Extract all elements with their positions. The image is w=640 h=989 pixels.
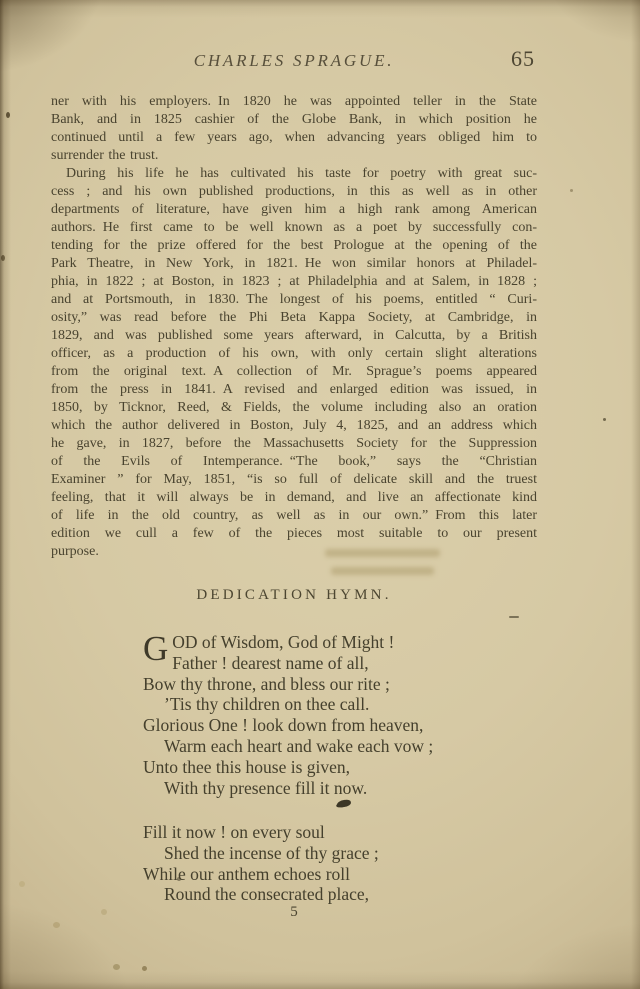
scan-speck	[1, 255, 5, 261]
text-line: 1850, by Ticknor, Reed, & Fields, the vo…	[51, 399, 537, 417]
poem-line: Bow thy throne, and bless our rite ;	[143, 674, 523, 695]
scan-speck	[53, 922, 60, 928]
poem-line: ’Tis thy children on thee call.	[143, 694, 523, 715]
text-line: of the Evils of Intemperance. “The book,…	[51, 453, 537, 471]
body-text: ner with his employers. In 1820 he was a…	[51, 93, 537, 561]
scan-speck	[570, 189, 573, 192]
scan-speck	[101, 909, 107, 915]
text-line: ner with his employers. In 1820 he was a…	[51, 93, 537, 111]
scan-speck	[603, 418, 606, 421]
drop-cap-initial: G	[143, 634, 168, 667]
text-line: he gave, in 1827, before the Massachuset…	[51, 435, 537, 453]
text-line: phia, in 1822 ; at Boston, in 1823 ; at …	[51, 273, 537, 291]
book-page: CHARLES SPRAGUE. 65 ner with his employe…	[0, 0, 640, 989]
show-through-ghost	[331, 567, 434, 575]
poem-line: Round the consecrated place,	[143, 884, 523, 905]
scan-speck	[19, 881, 25, 887]
page-number: 65	[511, 46, 551, 72]
scanned-book-page: { "header": { "title": "CHARLES SPRAGUE.…	[0, 0, 640, 989]
text-line: 1829, and was published some years after…	[51, 327, 537, 345]
paragraph-continuation: ner with his employers. In 1820 he was a…	[51, 93, 537, 165]
scan-dash-artifact	[509, 616, 519, 618]
text-line: officer, as a production of his own, wit…	[51, 345, 537, 363]
poem-line: Unto thee this house is given,	[143, 757, 523, 778]
poem-line: Glorious One ! look down from heaven,	[143, 715, 523, 736]
text-line: cess ; and his own published productions…	[51, 183, 537, 201]
text-line: osity,” was read before the Phi Beta Kap…	[51, 309, 537, 327]
poem-line: Father ! dearest name of all,	[143, 653, 523, 674]
poem-line: Fill it now ! on every soul	[143, 822, 523, 843]
scan-speck	[177, 877, 181, 881]
hymn-title: DEDICATION HYMN.	[51, 587, 537, 604]
text-line: departments of literature, have given hi…	[51, 201, 537, 219]
text-line: which the author delivered in Boston, Ju…	[51, 417, 537, 435]
text-line: of life in the old country, as well as i…	[51, 507, 537, 525]
running-header-title: CHARLES SPRAGUE.	[51, 51, 537, 71]
text-line: from the press in 1841. A revised and en…	[51, 381, 537, 399]
text-line: and at Portsmouth, in 1830. The longest …	[51, 291, 537, 309]
poem-line: With thy presence fill it now.	[143, 778, 523, 799]
text-line: tending for the prize offered for the be…	[51, 237, 537, 255]
text-line: During his life he has cultivated his ta…	[51, 165, 537, 183]
scan-speck	[6, 112, 10, 118]
show-through-ghost	[325, 549, 440, 557]
scan-speck	[113, 964, 120, 970]
poem-line: OD of Wisdom, God of Might !	[143, 632, 523, 653]
scan-speck	[142, 966, 147, 971]
poem-line: Shed the incense of thy grace ;	[143, 843, 523, 864]
text-line: feeling, that it will always be in deman…	[51, 489, 537, 507]
hymn-stanza-1: G OD of Wisdom, God of Might ! Father ! …	[143, 632, 523, 798]
text-line: from the original text. A collection of …	[51, 363, 537, 381]
text-line: surrender the trust.	[51, 147, 537, 165]
text-line: authors. He first came to be well known …	[51, 219, 537, 237]
text-line: Park Theatre, in New York, in 1821. He w…	[51, 255, 537, 273]
poem-line: While our anthem echoes roll	[143, 864, 523, 885]
text-line: edition we cull a few of the pieces most…	[51, 525, 537, 543]
text-line: purpose.	[51, 543, 537, 561]
printer-ornament-icon	[337, 799, 352, 808]
text-line: Examiner ” for May, 1851, “is so full of…	[51, 471, 537, 489]
hymn-stanza-2: Fill it now ! on every soul Shed the inc…	[143, 822, 523, 905]
poem-line: Warm each heart and wake each vow ;	[143, 736, 523, 757]
text-line: Bank, and in 1825 cashier of the Globe B…	[51, 111, 537, 129]
signature-mark: 5	[51, 904, 537, 921]
paragraph-biography: During his life he has cultivated his ta…	[51, 165, 537, 561]
text-line: continued until a few years ago, when ad…	[51, 129, 537, 147]
